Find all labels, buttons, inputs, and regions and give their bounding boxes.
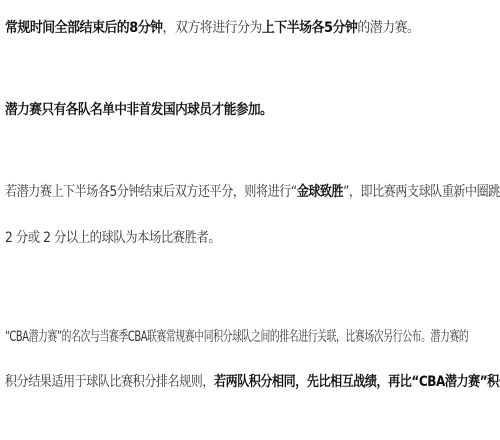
text-bold: 常规时间全部结束后的8分钟 (5, 20, 163, 36)
text-bold: 上下半场各5分钟 (262, 20, 357, 36)
text-bold: 潜力赛只有各队名单中非首发国内球员才能参加。 (5, 102, 272, 118)
text-normal: ”，即比赛两支球队重新中圈跳球，率先获得 (343, 184, 500, 200)
text-normal: 2 分或 2 分以上的球队为本场比赛胜者。 (5, 230, 220, 246)
paragraph-2-line-1: 潜力赛只有各队名单中非首发国内球员才能参加。 (5, 101, 272, 119)
text-bold: 金球致胜 (297, 184, 343, 200)
text-normal: 积分结果适用于球队比赛积分排名规则， (5, 374, 214, 390)
text-normal: “CBA潜力赛”的名次与当赛季CBA联赛常规赛中同积分球队之间的排名进行关联，比… (5, 329, 468, 345)
text-bold: 若两队积分相同，先比相互战绩，再比“CBA潜力赛”积分。 (214, 374, 500, 390)
paragraph-3-line-2: 2 分或 2 分以上的球队为本场比赛胜者。 (5, 229, 220, 247)
text-normal: ，双方将进行分为 (163, 20, 262, 36)
paragraph-4-line-2: 积分结果适用于球队比赛积分排名规则，若两队积分相同，先比相互战绩，再比“CBA潜… (5, 373, 500, 391)
paragraph-1-line-1: 常规时间全部结束后的8分钟，双方将进行分为上下半场各5分钟的潜力赛。 (5, 19, 419, 37)
text-normal: 若潜力赛上下半场各5分钟结束后双方还平分，则将进行“ (5, 184, 297, 200)
text-normal: 的潜力赛。 (357, 20, 419, 36)
paragraph-4-line-1: “CBA潜力赛”的名次与当赛季CBA联赛常规赛中同积分球队之间的排名进行关联，比… (5, 328, 468, 346)
paragraph-3-line-1: 若潜力赛上下半场各5分钟结束后双方还平分，则将进行“金球致胜”，即比赛两支球队重… (5, 183, 500, 201)
